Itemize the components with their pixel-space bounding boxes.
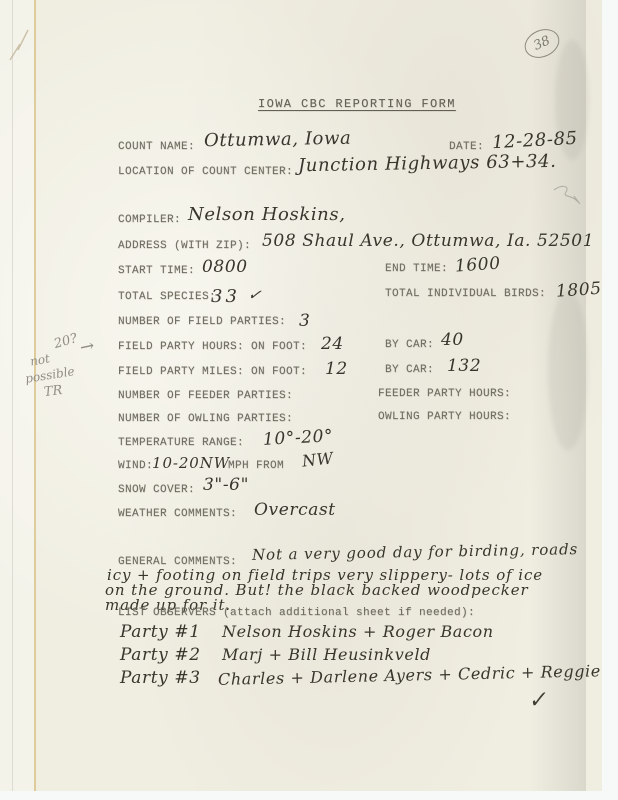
- wind-label: WIND:: [118, 460, 153, 472]
- margin-query-note: 20?: [52, 331, 79, 352]
- start-time-label: START TIME:: [118, 265, 195, 277]
- margin-note-line-3: TR: [43, 383, 63, 400]
- wind-mph-from-label: MPH FROM: [228, 460, 284, 472]
- owling-hours-label: OWLING PARTY HOURS:: [378, 411, 511, 423]
- date-value: 12-28-85: [492, 128, 579, 153]
- location-value: Junction Highways 63+34.: [298, 151, 557, 177]
- count-name-label: COUNT NAME:: [118, 141, 195, 153]
- miles-by-car-label: BY CAR:: [385, 364, 434, 376]
- field-parties-label: NUMBER OF FIELD PARTIES:: [118, 316, 286, 328]
- total-species-value: 33: [211, 286, 240, 307]
- paper-sheet: 38 IOWA CBC REPORTING FORM COUNT NAME: O…: [0, 0, 602, 791]
- miles-on-foot-value: 12: [325, 359, 348, 379]
- observer-names-1: Nelson Hoskins + Roger Bacon: [222, 622, 494, 641]
- temperature-label: TEMPERATURE RANGE:: [118, 437, 244, 449]
- scan-left-margin: [0, 0, 35, 791]
- miles-by-car-value: 132: [447, 356, 481, 376]
- species-checkmark-icon: ✓: [247, 284, 264, 305]
- wind-speed-value: 10-20NW: [152, 454, 230, 472]
- total-species-label: TOTAL SPECIES:: [118, 291, 216, 303]
- snow-cover-value: 3"-6": [203, 475, 249, 495]
- hours-by-car-label: BY CAR:: [385, 339, 434, 351]
- field-party-hours-label: FIELD PARTY HOURS: ON FOOT:: [118, 341, 307, 353]
- location-label: LOCATION OF COUNT CENTER:: [118, 166, 293, 178]
- feeder-hours-label: FEEDER PARTY HOURS:: [378, 388, 511, 400]
- field-parties-value: 3: [299, 311, 310, 331]
- total-birds-label: TOTAL INDIVIDUAL BIRDS:: [385, 288, 546, 300]
- observer-party-1: Party #1: [120, 622, 201, 642]
- observer-party-3: Party #3: [120, 668, 201, 688]
- wind-direction-value: NW: [301, 448, 334, 470]
- end-time-value: 1600: [454, 253, 501, 276]
- temperature-value: 10°-20°: [263, 426, 334, 450]
- compiler-label: COMPILER:: [118, 214, 181, 226]
- hours-on-foot-value: 24: [321, 334, 344, 354]
- address-label: ADDRESS (WITH ZIP):: [118, 240, 251, 252]
- bottom-checkmark-icon: ✓: [527, 687, 549, 714]
- count-name-value: Ottumwa, Iowa: [204, 128, 352, 152]
- end-time-label: END TIME:: [385, 263, 448, 275]
- feeder-parties-label: NUMBER OF FEEDER PARTIES:: [118, 390, 293, 402]
- paper-crease-faint: [12, 0, 13, 791]
- hours-by-car-value: 40: [441, 330, 464, 350]
- margin-note-line-1: not: [29, 351, 51, 368]
- observer-names-2: Marj + Bill Heusinkveld: [222, 645, 431, 664]
- margin-arrow-icon: →: [78, 336, 96, 359]
- compiler-value: Nelson Hoskins,: [188, 204, 346, 225]
- list-observers-label: LIST OBSERVERS (attach additional sheet …: [118, 607, 475, 619]
- page-number: 38: [531, 33, 552, 53]
- scanned-document: 38 IOWA CBC REPORTING FORM COUNT NAME: O…: [0, 0, 618, 800]
- paper-crease-line: [34, 0, 36, 791]
- scan-smudge-patch: [548, 290, 588, 450]
- form-title: IOWA CBC REPORTING FORM: [258, 97, 456, 111]
- snow-cover-label: SNOW COVER:: [118, 484, 195, 496]
- owling-parties-label: NUMBER OF OWLING PARTIES:: [118, 413, 293, 425]
- weather-comments-value: Overcast: [254, 500, 336, 520]
- scan-mark-topleft: [6, 26, 36, 66]
- start-time-value: 0800: [202, 257, 248, 277]
- field-party-miles-label: FIELD PARTY MILES: ON FOOT:: [118, 366, 307, 378]
- address-value: 508 Shaul Ave., Ottumwa, Ia. 52501: [262, 231, 594, 251]
- weather-comments-label: WEATHER COMMENTS:: [118, 508, 237, 520]
- pencil-scribble: [552, 182, 586, 208]
- observer-party-2: Party #2: [120, 645, 201, 665]
- total-birds-value: 1805-: [555, 278, 602, 302]
